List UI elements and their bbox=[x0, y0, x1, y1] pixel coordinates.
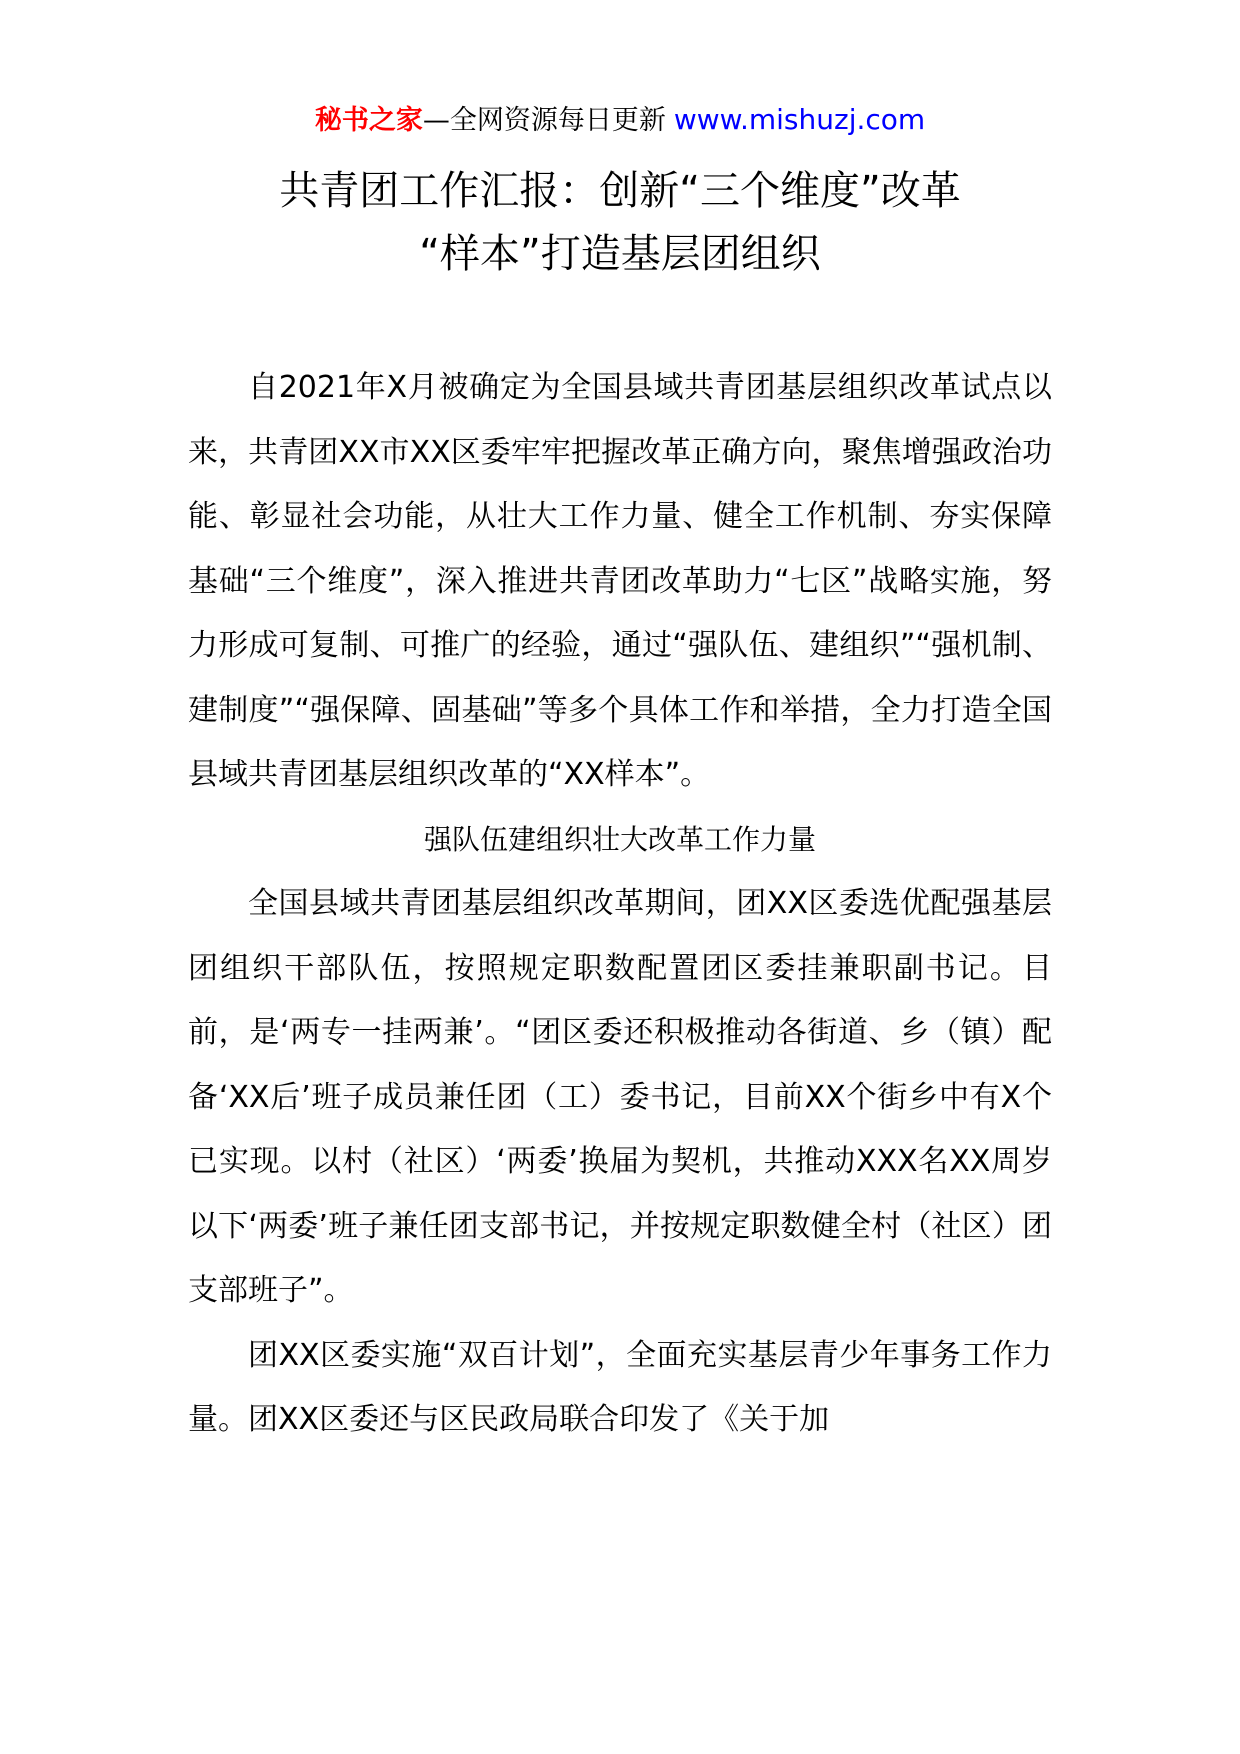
section-heading: 强队伍建组织壮大改革工作力量 bbox=[188, 808, 1052, 873]
paragraph-double-hundred-plan: 团XX区委实施“双百计划”，全面充实基层青少年事务工作力量。团XX区委还与区民政… bbox=[188, 1324, 1052, 1453]
site-banner: 秘书之家—全网资源每日更新www.mishuzj.com bbox=[0, 100, 1240, 141]
banner-brand: 秘书之家 bbox=[315, 105, 423, 136]
document-body: 自2021年X月被确定为全国县域共青团基层组织改革试点以来，共青团XX市XX区委… bbox=[188, 356, 1052, 1453]
paragraph-team-building: 全国县域共青团基层组织改革期间，团XX区委选优配强基层团组织干部队伍，按照规定职… bbox=[188, 872, 1052, 1324]
title-line-1: 共青团工作汇报：创新“三个维度”改革 bbox=[0, 160, 1240, 223]
banner-tagline: —全网资源每日更新 bbox=[423, 105, 666, 136]
banner-url-link[interactable]: www.mishuzj.com bbox=[674, 103, 925, 136]
paragraph-intro: 自2021年X月被确定为全国县域共青团基层组织改革试点以来，共青团XX市XX区委… bbox=[188, 356, 1052, 808]
document-title: 共青团工作汇报：创新“三个维度”改革 “样本”打造基层团组织 bbox=[0, 160, 1240, 286]
title-line-2: “样本”打造基层团组织 bbox=[0, 223, 1240, 286]
